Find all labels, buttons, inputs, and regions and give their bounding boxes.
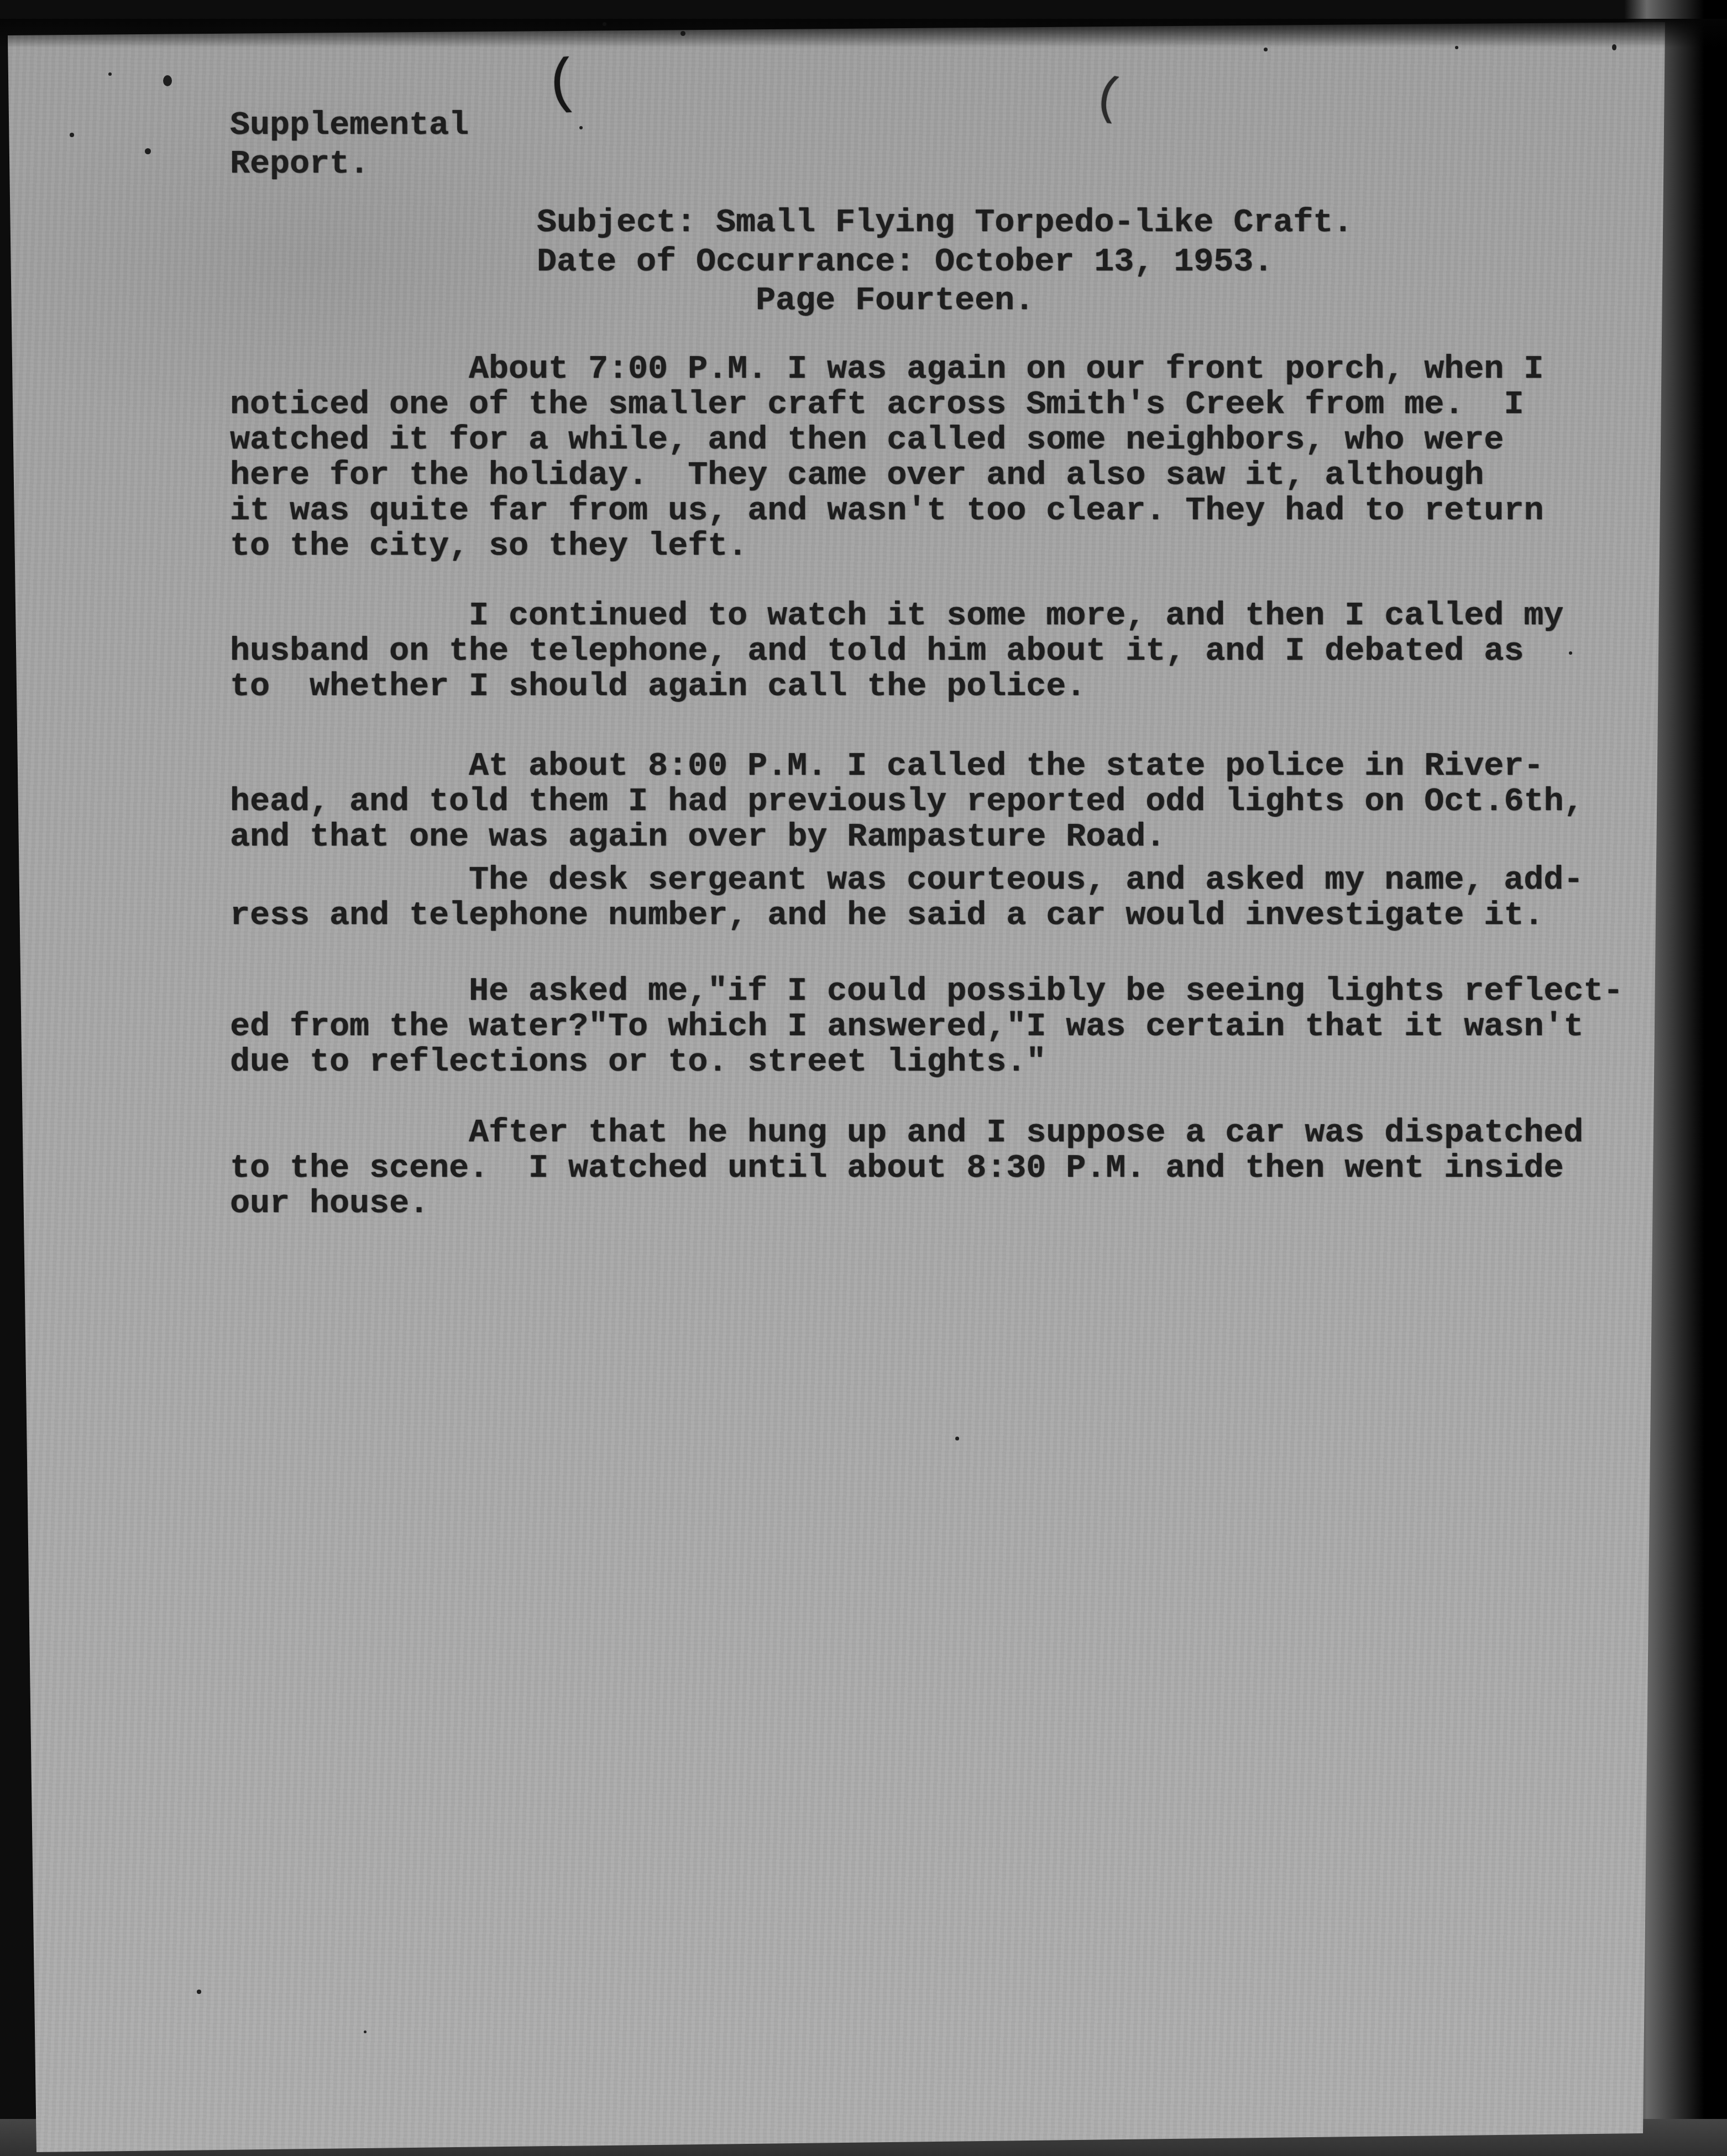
ink-speck: [955, 1437, 959, 1440]
subject-line: Subject: Small Flying Torpedo-like Craft…: [537, 206, 1353, 239]
paren-mark-left: (: [543, 50, 582, 119]
date-of-occurrence-line: Date of Occurrance: October 13, 1953.: [537, 246, 1273, 279]
text-line: our house.: [230, 1187, 429, 1220]
page-content: Supplemental Report. ( ( Subject: Small …: [0, 0, 1727, 2156]
text-line: to the scene. I watched until about 8:30…: [230, 1152, 1563, 1185]
page-number-line: Page Fourteen.: [756, 284, 1034, 317]
text-line: here for the holiday. They came over and…: [230, 459, 1484, 492]
ink-speck: [1455, 46, 1458, 49]
ink-speck: [108, 72, 112, 76]
text-line: due to reflections or to. street lights.…: [230, 1046, 1046, 1079]
text-line: About 7:00 P.M. I was again on our front…: [469, 353, 1543, 386]
scanned-document: Supplemental Report. ( ( Subject: Small …: [0, 0, 1727, 2156]
text-line: At about 8:00 P.M. I called the state po…: [469, 750, 1543, 783]
ink-speck: [603, 22, 606, 26]
ink-speck: [579, 126, 583, 129]
ink-speck: [681, 31, 685, 36]
text-line: husband on the telephone, and told him a…: [230, 635, 1524, 668]
text-line: it was quite far from us, and wasn't too…: [230, 494, 1543, 528]
text-line: noticed one of the smaller craft across …: [230, 388, 1524, 421]
ink-speck: [1612, 44, 1616, 50]
text-line: He asked me,"if I could possibly be seei…: [469, 975, 1623, 1008]
header-supplemental: Supplemental: [230, 109, 469, 142]
text-line: I continued to watch it some more, and t…: [469, 599, 1563, 633]
text-line: The desk sergeant was courteous, and ask…: [469, 864, 1583, 897]
text-line: ress and telephone number, and he said a…: [230, 899, 1543, 932]
text-line: to whether I should again call the polic…: [230, 670, 1086, 703]
paren-mark-right: (: [1089, 67, 1128, 129]
header-report: Report.: [230, 148, 369, 181]
ink-speck: [70, 133, 74, 137]
text-line: watched it for a while, and then called …: [230, 424, 1504, 457]
ink-speck: [197, 1990, 201, 1994]
ink-speck: [163, 75, 172, 86]
text-line: After that he hung up and I suppose a ca…: [469, 1116, 1583, 1150]
ink-speck: [1264, 48, 1268, 51]
text-line: and that one was again over by Rampastur…: [230, 821, 1165, 854]
text-line: ed from the water?"To which I answered,"…: [230, 1010, 1583, 1043]
text-line: head, and told them I had previously rep…: [230, 785, 1583, 818]
ink-speck: [145, 148, 151, 154]
ink-speck: [1569, 651, 1572, 655]
ink-speck: [364, 2030, 367, 2033]
text-line: to the city, so they left.: [230, 530, 747, 563]
